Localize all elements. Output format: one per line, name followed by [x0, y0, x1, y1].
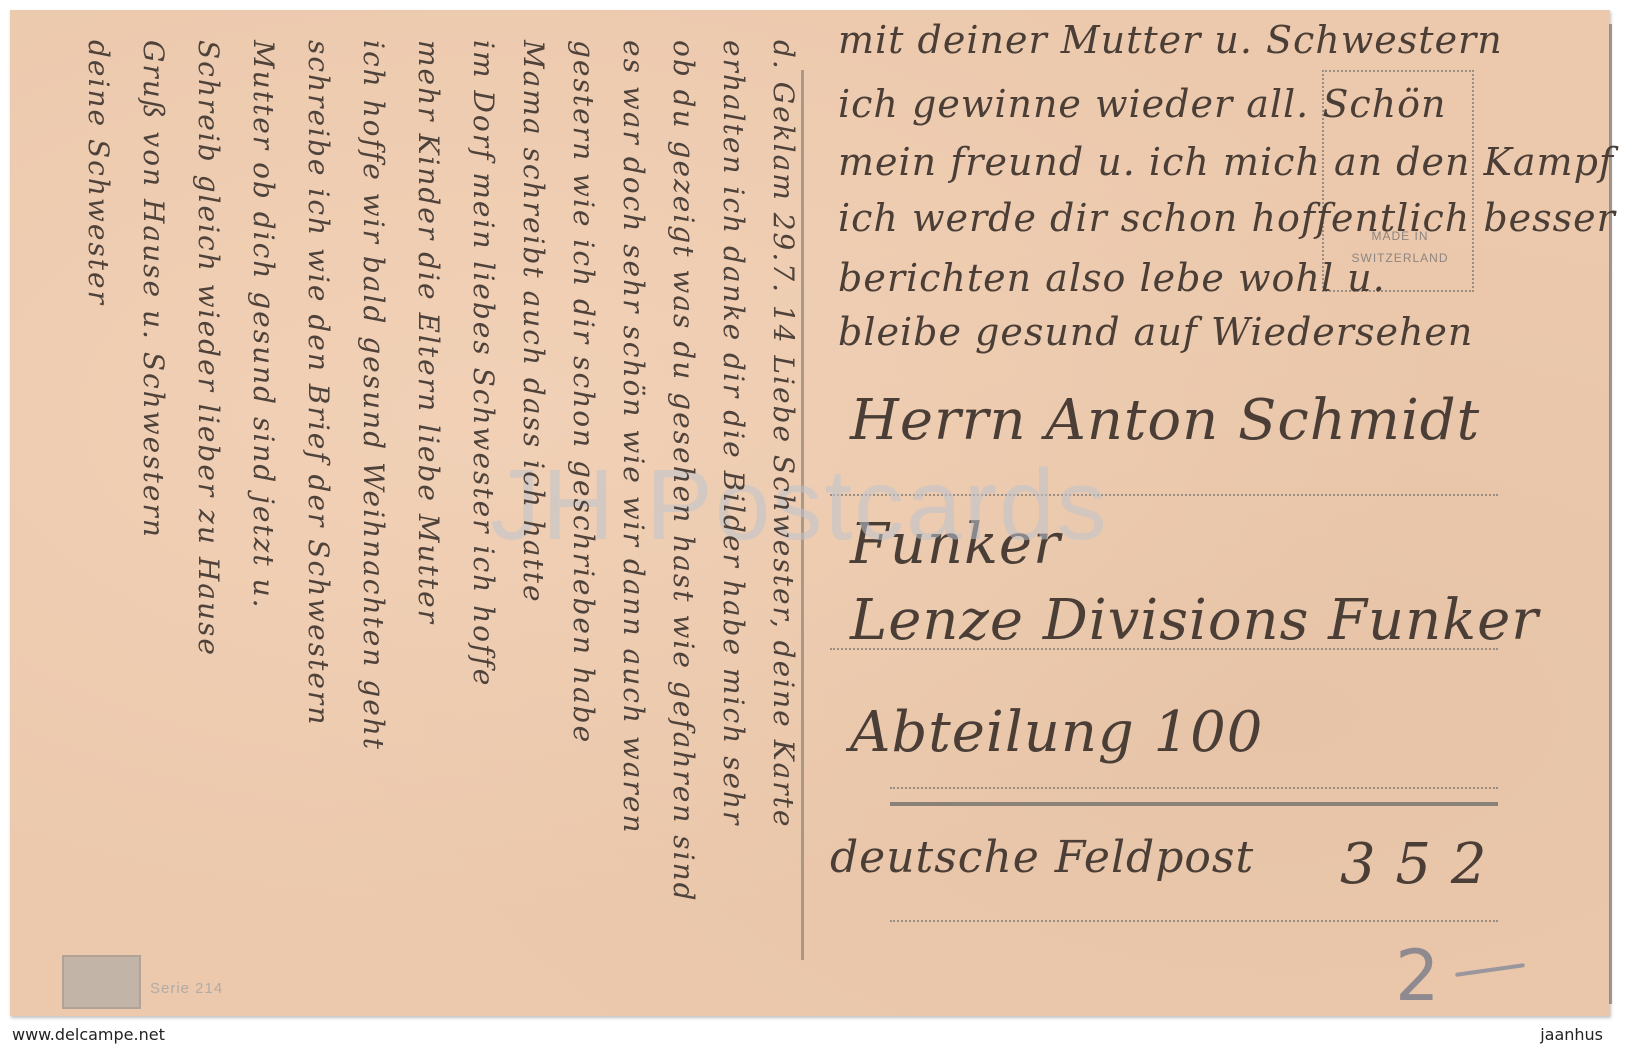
address-recipient: Herrn Anton Schmidt	[850, 388, 1480, 453]
address-line-4	[890, 920, 1498, 922]
vertical-message-line: Mama schreibt auch dass ich hatte	[517, 40, 550, 604]
vertical-message-line: schreibe ich wie den Brief der Schwester…	[302, 40, 335, 726]
address-line-text: Abteilung 100	[850, 700, 1263, 765]
address-line-3	[890, 787, 1498, 789]
vertical-message-line: d. Geklam 29.7. 14 Liebe Schwester, dein…	[767, 40, 800, 828]
message-line: mit deiner Mutter u. Schwestern	[838, 18, 1503, 62]
vertical-message-line: mehr Kinder die Eltern liebe Mutter	[412, 40, 445, 625]
message-line: ich gewinne wieder all. Schön	[838, 82, 1446, 126]
message-line: mein freund u. ich mich an den Kampf	[838, 140, 1614, 184]
message-line: berichten also lebe wohl u.	[838, 256, 1386, 300]
vertical-message-line: Gruß von Hause u. Schwestern	[137, 40, 170, 539]
vertical-message-line: deine Schwester	[82, 40, 115, 306]
vertical-message-line: es war doch sehr schön wie wir dann auch…	[617, 40, 650, 835]
vertical-message-line: Schreib gleich wieder lieber zu Hause	[192, 40, 225, 657]
vertical-message-line: ich hoffe wir bald gesund Weihnachten ge…	[357, 40, 390, 751]
pencil-price-mark: 2	[1395, 935, 1440, 1017]
seller-credit: jaanhus	[1540, 1025, 1603, 1044]
serie-label: Serie 214	[150, 980, 223, 997]
address-line-solid	[890, 802, 1498, 806]
address-line-text: Lenze Divisions Funker	[850, 588, 1539, 653]
address-line-text: deutsche Feldpost	[830, 832, 1254, 883]
feldpost-number: 3 5 2	[1340, 832, 1488, 897]
publisher-logo	[62, 955, 141, 1009]
vertical-message-line: im Dorf mein liebes Schwester ich hoffe	[467, 40, 500, 687]
message-line: ich werde dir schon hoffentlich besser	[838, 196, 1616, 240]
site-credit: www.delcampe.net	[12, 1025, 165, 1044]
vertical-message-line: ob du gezeigt was du gesehen hast wie ge…	[667, 40, 700, 903]
vertical-message-line: erhalten ich danke dir die Bilder habe m…	[717, 40, 750, 826]
message-line: bleibe gesund auf Wiedersehen	[838, 310, 1473, 354]
vertical-message-line: gestern wie ich dir schon geschrieben ha…	[567, 40, 600, 744]
vertical-message-line: Mutter ob dich gesund sind jetzt u.	[247, 40, 280, 610]
